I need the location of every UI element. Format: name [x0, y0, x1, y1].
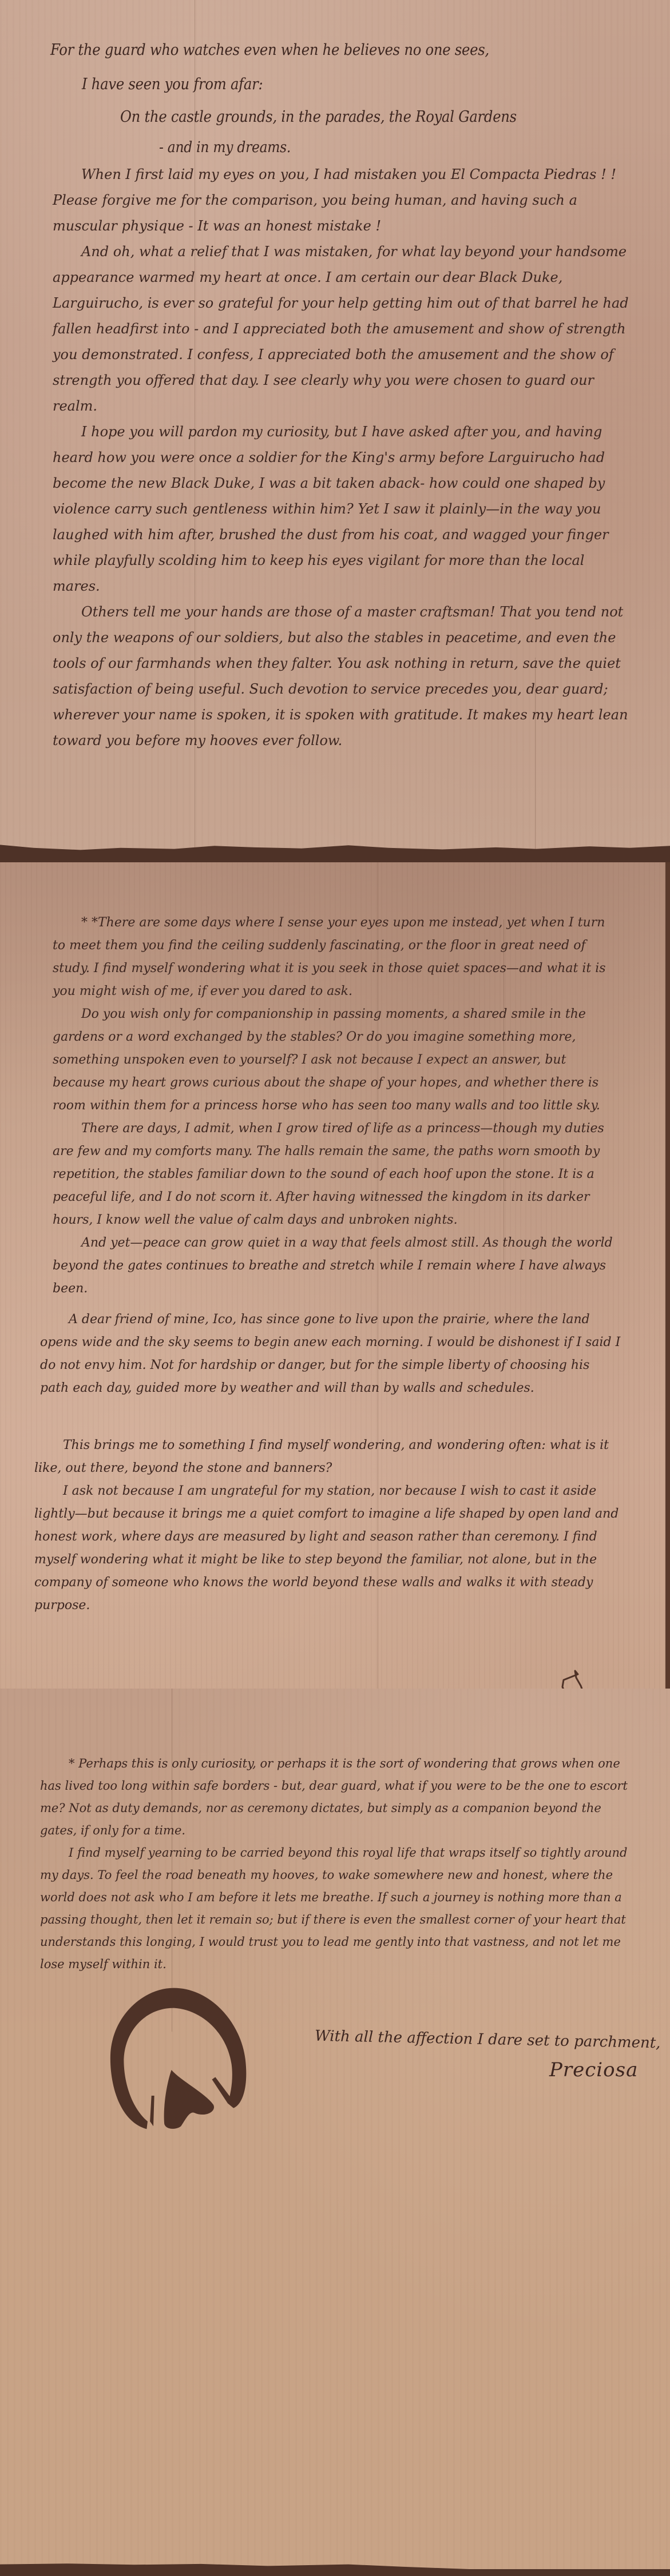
paragraph: When I first laid my eyes on you, I had …: [53, 162, 631, 239]
letter-page-1: For the guard who watches even when he b…: [0, 0, 670, 852]
letter-body-page-2a: * *There are some days where I sense you…: [53, 911, 619, 1300]
letter-page-2: * *There are some days where I sense you…: [0, 862, 670, 1689]
paragraph: I ask not because I am ungrateful for my…: [34, 1480, 624, 1617]
salutation-line: - and in my dreams.: [159, 140, 291, 155]
salutation-line: For the guard who watches even when he b…: [50, 42, 489, 58]
paragraph: I find myself yearning to be carried bey…: [40, 1842, 629, 1976]
paragraph: There are days, I admit, when I grow tir…: [53, 1117, 619, 1232]
paragraph: * Perhaps this is only curiosity, or per…: [40, 1753, 629, 1842]
signature: Preciosa: [549, 2059, 638, 2081]
paragraph: I hope you will pardon my curiosity, but…: [53, 419, 631, 599]
hoofprint-seal-icon: [90, 1976, 262, 2153]
torn-paper-edge: [0, 842, 670, 852]
paragraph: And yet—peace can grow quiet in a way th…: [53, 1232, 619, 1300]
letter-body-page-1: When I first laid my eyes on you, I had …: [53, 162, 631, 754]
paragraph: This brings me to something I find mysel…: [34, 1434, 624, 1480]
salutation-line: On the castle grounds, in the parades, t…: [120, 109, 517, 125]
paragraph: Do you wish only for companionship in pa…: [53, 1003, 619, 1117]
letter-body-page-2b: A dear friend of mine, Ico, has since go…: [40, 1308, 621, 1400]
paragraph: And oh, what a relief that I was mistake…: [53, 239, 631, 419]
paragraph: * *There are some days where I sense you…: [53, 911, 619, 1003]
salutation-line: I have seen you from afar:: [82, 77, 263, 92]
letter-body-page-3: * Perhaps this is only curiosity, or per…: [40, 1753, 629, 1976]
paragraph: A dear friend of mine, Ico, has since go…: [40, 1308, 621, 1400]
letter-body-page-2c: This brings me to something I find mysel…: [34, 1434, 624, 1617]
torn-paper-edge: [0, 2561, 670, 2569]
paragraph: Others tell me your hands are those of a…: [53, 599, 631, 754]
